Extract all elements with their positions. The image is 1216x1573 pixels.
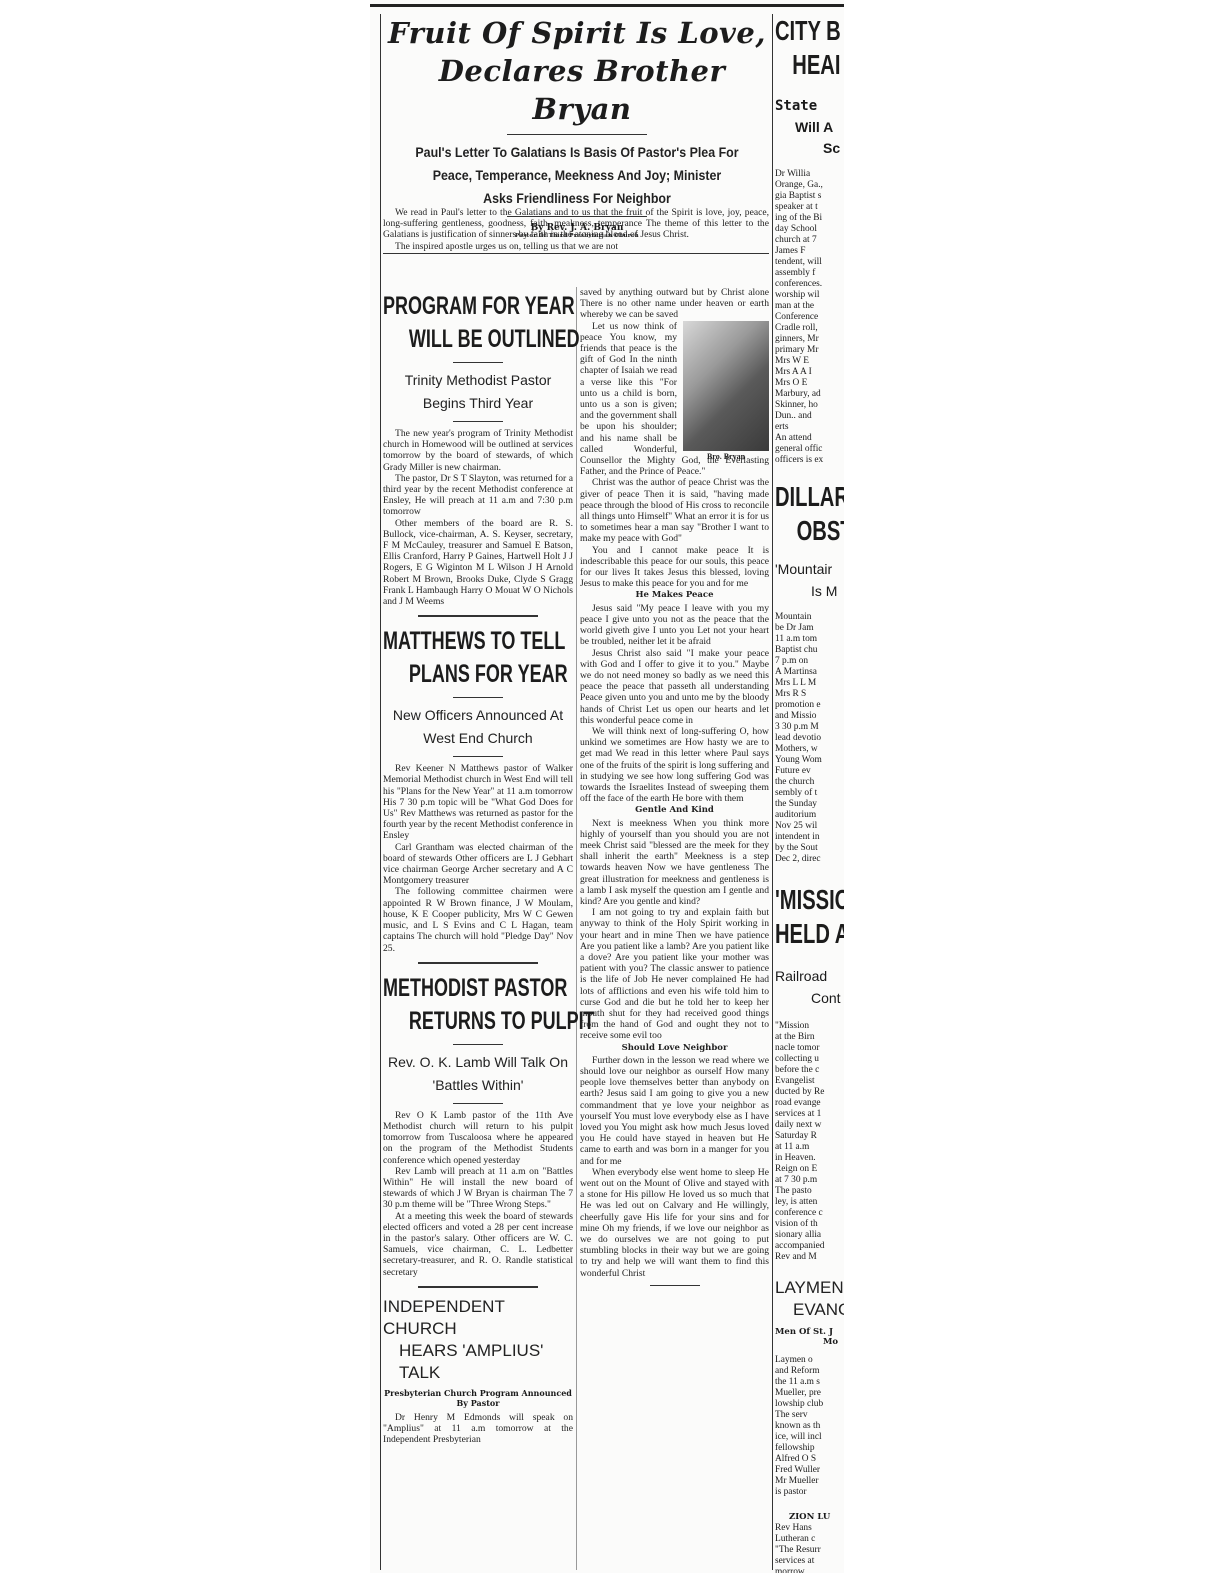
paragraph: Further down in the lesson we read where… [580,1055,769,1167]
text-line: intendent in [775,832,844,843]
main-headline-line1: Fruit Of Spirit Is Love, [382,14,772,52]
zion-headline: ZION LU [775,1512,844,1522]
mission-headline: 'MISSIO HELD A [775,883,844,951]
article-independent: INDEPENDENT CHURCH HEARS 'AMPLIUS' TALK … [383,1296,573,1446]
paragraph: I am not going to try and explain faith … [580,907,769,1041]
pastor-photo: Bro. Bryan [683,321,769,451]
text-line: Laymen o [775,1355,844,1366]
main-article-header: Fruit Of Spirit Is Love, Declares Brothe… [382,14,772,239]
text-line: erts [775,422,844,433]
text-line: fellowship [775,1443,844,1454]
headline-line: HEARS 'AMPLIUS' TALK [383,1340,573,1384]
paragraph: Rev O K Lamb pastor of the 11th Ave Meth… [383,1110,573,1166]
text-line: Rev and M [775,1252,844,1263]
headline-line: PLANS FOR YEAR [383,658,570,691]
subhead-line: Sc [775,138,844,159]
paragraph: Dr Henry M Edmonds will speak on "Ampliu… [383,1412,573,1446]
paragraph: You and I cannot make peace It is indesc… [580,545,769,590]
text-line: Baptist chu [775,645,844,656]
divider [453,1044,503,1045]
text-line: Saturday R [775,1131,844,1142]
subhead-line: Is M [775,580,844,602]
paragraph: The inspired apostle urges us on, tellin… [383,241,769,254]
divider [453,421,503,422]
text-line: 3 30 p.m M [775,722,844,733]
paragraph: The new year's program of Trinity Method… [383,428,573,473]
photo-caption: Bro. Bryan [683,451,769,462]
text-line: vision of th [775,1219,844,1230]
city-headline: CITY B HEAI [775,14,844,82]
dillard-body: Mountainbe Dr Jam11 a.m tomBaptist chu7 … [775,612,844,865]
text-line: man at the [775,301,844,312]
subhead-line: Men Of St. J [775,1327,844,1337]
headline-line: RETURNS TO PULPIT [383,1005,570,1038]
mission-body: "Missionat the Birnnacle tomorcollecting… [775,1021,844,1263]
headline-line: DILLARD [775,480,844,514]
text-line: conferences. [775,279,844,290]
text-line: at the Birn [775,1032,844,1043]
divider [507,134,647,135]
paragraph: Carl Grantham was elected chairman of th… [383,842,573,887]
text-line: the Sunday [775,799,844,810]
main-intro: We read in Paul's letter to the Galatian… [383,207,769,254]
text-line: assembly f [775,268,844,279]
text-line: sionary allia [775,1230,844,1241]
column-rule-left [380,14,381,1570]
subhead-line: Cont [775,987,844,1009]
paragraph: We read in Paul's letter to the Galatian… [383,207,769,241]
headline-line: METHODIST PASTOR [383,972,570,1005]
text-line: ing of the Bi [775,213,844,224]
column-rule-right [772,14,773,1570]
subhead-line: State [775,96,844,117]
text-line: and Reform [775,1366,844,1377]
deck-line: Paul's Letter To Galatians Is Basis Of P… [398,141,757,164]
city-subhead: State Will A Sc [775,96,844,159]
text-line: worship wil [775,290,844,301]
divider [418,962,538,964]
text-line: Mrs R S [775,689,844,700]
text-line: 7 p.m on [775,656,844,667]
text-line: Nov 25 wil [775,821,844,832]
text-line: "The Resurr [775,1545,844,1556]
paragraph: The following committee chairmen were ap… [383,886,573,953]
middle-column: saved by anything outward but by Christ … [580,287,769,1292]
text-line: "Mission [775,1021,844,1032]
text-line: at 11 a.m [775,1142,844,1153]
text-line: services at [775,1556,844,1567]
headline-line: OBSTA [775,514,844,548]
article-matthews: MATTHEWS TO TELL PLANS FOR YEAR New Offi… [383,625,573,953]
subhead-line: Mo [775,1337,844,1347]
headline-line: EVANG [775,1299,844,1321]
program-subhead: Trinity Methodist Pastor Begins Third Ye… [383,369,573,415]
text-line: Conference [775,312,844,323]
text-line: ley, is atten [775,1197,844,1208]
main-headline-line2: Declares Brother Bryan [382,52,772,128]
text-line: and Missio [775,711,844,722]
text-line: Mrs O E [775,378,844,389]
text-line: accompanied [775,1241,844,1252]
text-line: conference c [775,1208,844,1219]
text-line: be Dr Jam [775,623,844,634]
headline-line: HELD A [775,917,844,951]
text-line: Mrs L L M [775,678,844,689]
text-line: The serv [775,1410,844,1421]
paragraph: saved by anything outward but by Christ … [580,287,769,321]
independent-subhead: Presbyterian Church Program Announced By… [383,1388,573,1408]
text-line: auditorium [775,810,844,821]
text-line: lead devotio [775,733,844,744]
text-line: by the Sout [775,843,844,854]
text-line: Mountain [775,612,844,623]
paragraph: When everybody else went home to sleep H… [580,1167,769,1279]
deck-line: Peace, Temperance, Meekness And Joy; Min… [398,164,757,187]
headline-line: HEAI [775,48,844,82]
text-line: general offic [775,444,844,455]
text-line: the church [775,777,844,788]
text-line: church at 7 [775,235,844,246]
main-deck: Paul's Letter To Galatians Is Basis Of P… [398,141,757,210]
paragraph: Rev Keener N Matthews pastor of Walker M… [383,763,573,841]
left-column: PROGRAM FOR YEAR WILL BE OUTLINED Trinit… [383,290,573,1445]
text-line: in Heaven. [775,1153,844,1164]
text-line: daily next w [775,1120,844,1131]
text-line: Marbury, ad [775,389,844,400]
headline-line: CITY B [775,14,844,48]
divider [453,697,503,698]
text-line: gia Baptist s [775,191,844,202]
paragraph: At a meeting this week the board of stew… [383,1211,573,1278]
text-line: Dun.. and [775,411,844,422]
top-rule [370,4,844,7]
laymen-subhead: Men Of St. J Mo [775,1327,844,1347]
text-line: Dr Willia [775,169,844,180]
subhead-he-makes-peace: He Makes Peace [580,590,769,601]
laymen-body: Laymen oand Reformthe 11 a.m sMueller, p… [775,1355,844,1498]
matthews-headline: MATTHEWS TO TELL PLANS FOR YEAR [383,625,570,691]
text-line: before the c [775,1065,844,1076]
headline-line: LAYMEN [775,1277,844,1299]
text-line: Young Wom [775,755,844,766]
text-line: Mr Mueller [775,1476,844,1487]
text-line: tendent, will [775,257,844,268]
text-line: Cradle roll, [775,323,844,334]
text-line: Orange, Ga., [775,180,844,191]
text-line: the 11 a.m s [775,1377,844,1388]
article-program: PROGRAM FOR YEAR WILL BE OUTLINED Trinit… [383,290,573,607]
paragraph: The pastor, Dr S T Slayton, was returned… [383,473,573,518]
text-line: Mrs A A I [775,367,844,378]
right-column-cropped: CITY B HEAI State Will A Sc Dr WilliaOra… [775,14,844,1573]
headline-line: MATTHEWS TO TELL [383,625,570,658]
text-line: An attend [775,433,844,444]
text-line: at 7 30 p.m [775,1175,844,1186]
paragraph: Christ was the author of peace Christ wa… [580,477,769,544]
text-line: morrow [775,1567,844,1573]
text-line: The pasto [775,1186,844,1197]
text-line: ducted by Re [775,1087,844,1098]
text-line: Reign on E [775,1164,844,1175]
laymen-headline: LAYMEN EVANG [775,1277,844,1321]
text-line: Future ev [775,766,844,777]
zion-body: Rev HansLutheran c"The Resurrservices at… [775,1523,844,1573]
divider [418,1286,538,1288]
text-line: Skinner, ho [775,400,844,411]
matthews-subhead: New Officers Announced At West End Churc… [383,704,573,750]
text-line: Alfred O S [775,1454,844,1465]
text-line: known as th [775,1421,844,1432]
headline-line: WILL BE OUTLINED [383,323,570,356]
divider [453,1103,503,1104]
headline-line: 'MISSIO [775,883,844,917]
text-line: James F [775,246,844,257]
headline-line: INDEPENDENT CHURCH [383,1296,573,1340]
paragraph: Next is meekness When you think more hig… [580,818,769,908]
city-body: Dr WilliaOrange, Ga.,gia Baptist sspeake… [775,169,844,466]
text-line: Mothers, w [775,744,844,755]
text-line: officers is ex [775,455,844,466]
paragraph: Rev Lamb will preach at 11 a.m on "Battl… [383,1166,573,1211]
text-line: nacle tomor [775,1043,844,1054]
paragraph: Jesus Christ also said "I make your peac… [580,648,769,726]
program-headline: PROGRAM FOR YEAR WILL BE OUTLINED [383,290,570,356]
text-line: ice, will incl [775,1432,844,1443]
article-lamb: METHODIST PASTOR RETURNS TO PULPIT Rev. … [383,972,573,1278]
lamb-headline: METHODIST PASTOR RETURNS TO PULPIT [383,972,570,1038]
lamb-subhead: Rev. O. K. Lamb Will Talk On 'Battles Wi… [383,1051,573,1097]
text-line: ginners, Mr [775,334,844,345]
text-line: Lutheran c [775,1534,844,1545]
subhead-line: Will A [775,117,844,138]
divider [650,1285,700,1286]
text-line: Mueller, pre [775,1388,844,1399]
subhead-line: 'Mountair [775,558,844,580]
paragraph: Jesus said "My peace I leave with you my… [580,603,769,648]
subhead-gentle-and-kind: Gentle And Kind [580,805,769,816]
paragraph: Other members of the board are R. S. Bul… [383,518,573,608]
divider [453,756,503,757]
dillard-subhead: 'Mountair Is M [775,558,844,602]
text-line: is pastor [775,1487,844,1498]
text-line: primary Mr [775,345,844,356]
text-line: Fred Wuller [775,1465,844,1476]
newspaper-page: Fruit Of Spirit Is Love, Declares Brothe… [370,0,844,1573]
paragraph: We will think next of long-suffering O, … [580,726,769,804]
divider [418,615,538,617]
text-line: sembly of t [775,788,844,799]
subhead-line: Railroad [775,965,844,987]
text-line: promotion e [775,700,844,711]
text-line: collecting u [775,1054,844,1065]
column-rule-mid [576,287,577,1570]
text-line: day School [775,224,844,235]
subhead-should-love-neighbor: Should Love Neighbor [580,1043,769,1054]
text-line: Mrs W E [775,356,844,367]
text-line: speaker at t [775,202,844,213]
text-line: Evangelist [775,1076,844,1087]
headline-line: PROGRAM FOR YEAR [383,290,570,323]
text-line: Rev Hans [775,1523,844,1534]
text-line: A Martinsa [775,667,844,678]
text-line: Dec 2, direc [775,854,844,865]
text-line: road evange [775,1098,844,1109]
text-line: services at 1 [775,1109,844,1120]
divider [453,362,503,363]
independent-headline: INDEPENDENT CHURCH HEARS 'AMPLIUS' TALK [383,1296,573,1384]
text-line: lowship club [775,1399,844,1410]
mission-subhead: Railroad Cont [775,965,844,1009]
text-line: 11 a.m tom [775,634,844,645]
dillard-headline: DILLARD OBSTA [775,480,844,548]
